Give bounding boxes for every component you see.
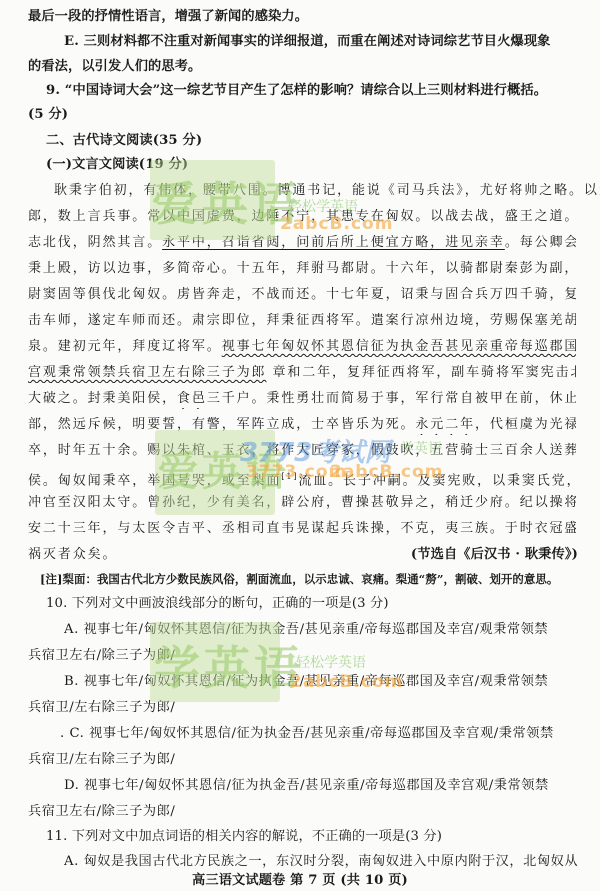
passage-line: 卒，时年五十余。赐以朱棺、玉衣，将作大匠穿冢，假鼓吹，五营骑士三百余人送葬。谥曰… [28, 441, 576, 461]
annotation-note: [注]梨面：我国古代北方少数民族风俗，割面流血，以示忠诚、哀痛。梨通“剺”，割破… [40, 569, 588, 589]
q11-option-a-line1: A. 匈奴是我国古代北方民族之一，东汉时分裂，南匈奴进入中原内附于汉，北匈奴从 [64, 852, 600, 872]
passage-text: 章和二年，复拜征西将军，副车骑将军窦宪击北匈奴， [272, 365, 576, 380]
passage-text: 泉。建初元年，拜度辽将军。 [28, 339, 222, 354]
dotted-term: 永元二年 [415, 417, 475, 432]
passage-line: 宫观秉常领禁兵宿卫左右除三子为郎 章和二年，复拜征西将军，副车骑将军窦宪击北匈奴… [28, 363, 576, 383]
passage-line: 秉上殿，访以边事，多简帝心。十五年，拜驸马都尉。十六年，以骑都尉秦彭为副，与奉车… [28, 259, 576, 279]
passage-line: 耿秉字伯初，有伟体，腰带八围。博通书记，能说《司马兵法》，尤好将帅之略。以父任为 [54, 181, 600, 201]
passage-text: 部，然远斥候，明要誓，有警，军阵立成，士卒皆乐为死。 [28, 417, 415, 432]
question-10-stem: 10. 下列对文中画波浪线部分的断句，正确的一项是(3 分) [46, 594, 594, 614]
q10-option-c-line2: 兵宿卫/左右除三子为郎/ [28, 750, 576, 770]
dotted-term: 食邑 [177, 391, 207, 406]
note-marker: [1] [281, 472, 298, 481]
q10-option-a-line1: A. 视事七年/匈奴怀其恩信/征为执金吾/甚见亲重/帝每巡郡国及幸宫/观秉常领禁 [64, 620, 600, 640]
option-e-line1: E. 三则材料都不注重对新闻事实的详细报道，而重在阐述对诗词综艺节目火爆现象 [64, 32, 600, 52]
question-9-score: (5 分) [28, 105, 576, 125]
q10-option-d-line1: D. 视事七年/匈奴怀其恩信/征为执金吾/甚见亲重/帝每巡郡国及幸宫观/秉常领禁 [64, 776, 600, 796]
underlined-sentence: ，以秉窦氏党，国除 [477, 473, 576, 487]
passage-text: 侯。匈奴闻秉卒，举国号哭，或至梨面 [28, 473, 281, 487]
passage-text: 。每公卿会议，常引 [505, 235, 576, 250]
passage-line: 侯。匈奴闻秉卒，举国号哭，或至梨面[1]流血。长子冲嗣。及窦宪败，以秉窦氏党，国… [28, 467, 576, 487]
passage-source: (节选自《后汉书 · 耿秉传》) [28, 545, 578, 565]
section-title: 二、古代诗文阅读(35 分) [46, 131, 594, 151]
passage-line: 泉。建初元年，拜度辽将军。视事七年匈奴怀其恩信征为执金吾甚见亲重帝每巡郡国及幸 [28, 337, 576, 357]
q10-option-b-line1: B. 视事七年/匈奴怀其恩信/征为执金吾/甚见亲重/帝每巡郡国及幸宫/观秉常领禁 [64, 672, 600, 692]
page-footer: 高三语文试题卷 第 7 页 (共 10 页) [0, 871, 600, 891]
section-subtitle: (一)文言文阅读(19 分) [46, 155, 594, 175]
passage-text: 志北伐，阴然其言。 [28, 235, 162, 250]
passage-line: 安二十三年，与太医令吉平、丞相司直韦晃谋起兵诛操，不克，夷三族。于时衣冠盛门坐纪… [28, 519, 576, 539]
q10-option-d-line2: 兵宿卫左右/除三子为郎/ [28, 802, 576, 822]
question-11-stem: 11. 下列对文中加点词语的相关内容的解说，不正确的一项是(3 分) [46, 827, 594, 847]
q10-option-a-line2: 兵宿卫左右/除三子为郎/ [28, 646, 576, 666]
question-9: 9. “中国诗词大会”这一综艺节目产生了怎样的影响？请综合以上三则材料进行概括。 [46, 81, 594, 101]
passage-text: ，代桓虞为光禄勋。明年夏 [475, 417, 576, 432]
passage-line: 击车师，遂定车师而还。肃宗即位，拜秉征西将军。遣案行凉州边境，劳赐保塞羌胡，进屯… [28, 311, 576, 331]
option-e-line2: 的看法，以引发人们的思考。 [28, 57, 576, 77]
wavy-underlined-text: 视事七年匈奴怀其恩信征为执金吾甚见亲重帝每巡郡国及幸 [222, 339, 576, 354]
passage-line: 大破之。封秉美阳侯，食邑三千户。秉性勇壮而简易于事，军行常自被甲在前，休止不结营 [28, 389, 576, 409]
exam-page: 最后一段的抒情性语言，增强了新闻的感染力。 E. 三则材料都不注重对新闻事实的详… [0, 0, 600, 891]
underlined-sentence: 永平中，召诣省闼，问前后所上便宜方略，进见亲幸 [162, 235, 505, 250]
passage-line: 部，然远斥候，明要誓，有警，军阵立成，士卒皆乐为死。永元二年，代桓虞为光禄勋。明… [28, 415, 576, 435]
wavy-underlined-text: 宫观秉常领禁兵宿卫左右除三子为郎 [28, 365, 266, 380]
q10-option-c-line1: . C. 视事七年/匈奴怀其恩信/征为执金吾/甚见亲重/帝每巡郡国及幸宫观/秉常… [60, 724, 600, 744]
passage-text: 大破之。封秉美阳侯， [28, 391, 177, 406]
passage-line: 志北伐，阴然其言。永平中，召诣省闼，问前后所上便宜方略，进见亲幸。每公卿会议，常… [28, 233, 576, 253]
passage-line: 冲官至汉阳太守。曾孙纪，少有美名，辟公府，曹操甚敬异之，稍迁少府。纪以操将篡汉，… [28, 493, 576, 513]
q10-option-b-line2: 兵宿卫/左右除三子为郎/ [28, 698, 576, 718]
passage-text: 三千户。秉性勇壮而简易于事，军行常自被甲在前，休止不结营 [207, 391, 576, 406]
passage-line: 郎，数上言兵事。常以中国虚费，边陲不宁，其患专在匈奴。以战去战，盛王之道。显宗既… [28, 207, 576, 227]
passage-text: 流血。长子冲嗣。及窦宪败 [298, 473, 477, 487]
text-line: 最后一段的抒情性语言，增强了新闻的感染力。 [28, 7, 576, 27]
passage-line: 尉窦固等俱伐北匈奴。虏皆奔走，不战而还。十七年夏，诏秉与固合兵万四千骑，复出白山 [28, 285, 576, 305]
